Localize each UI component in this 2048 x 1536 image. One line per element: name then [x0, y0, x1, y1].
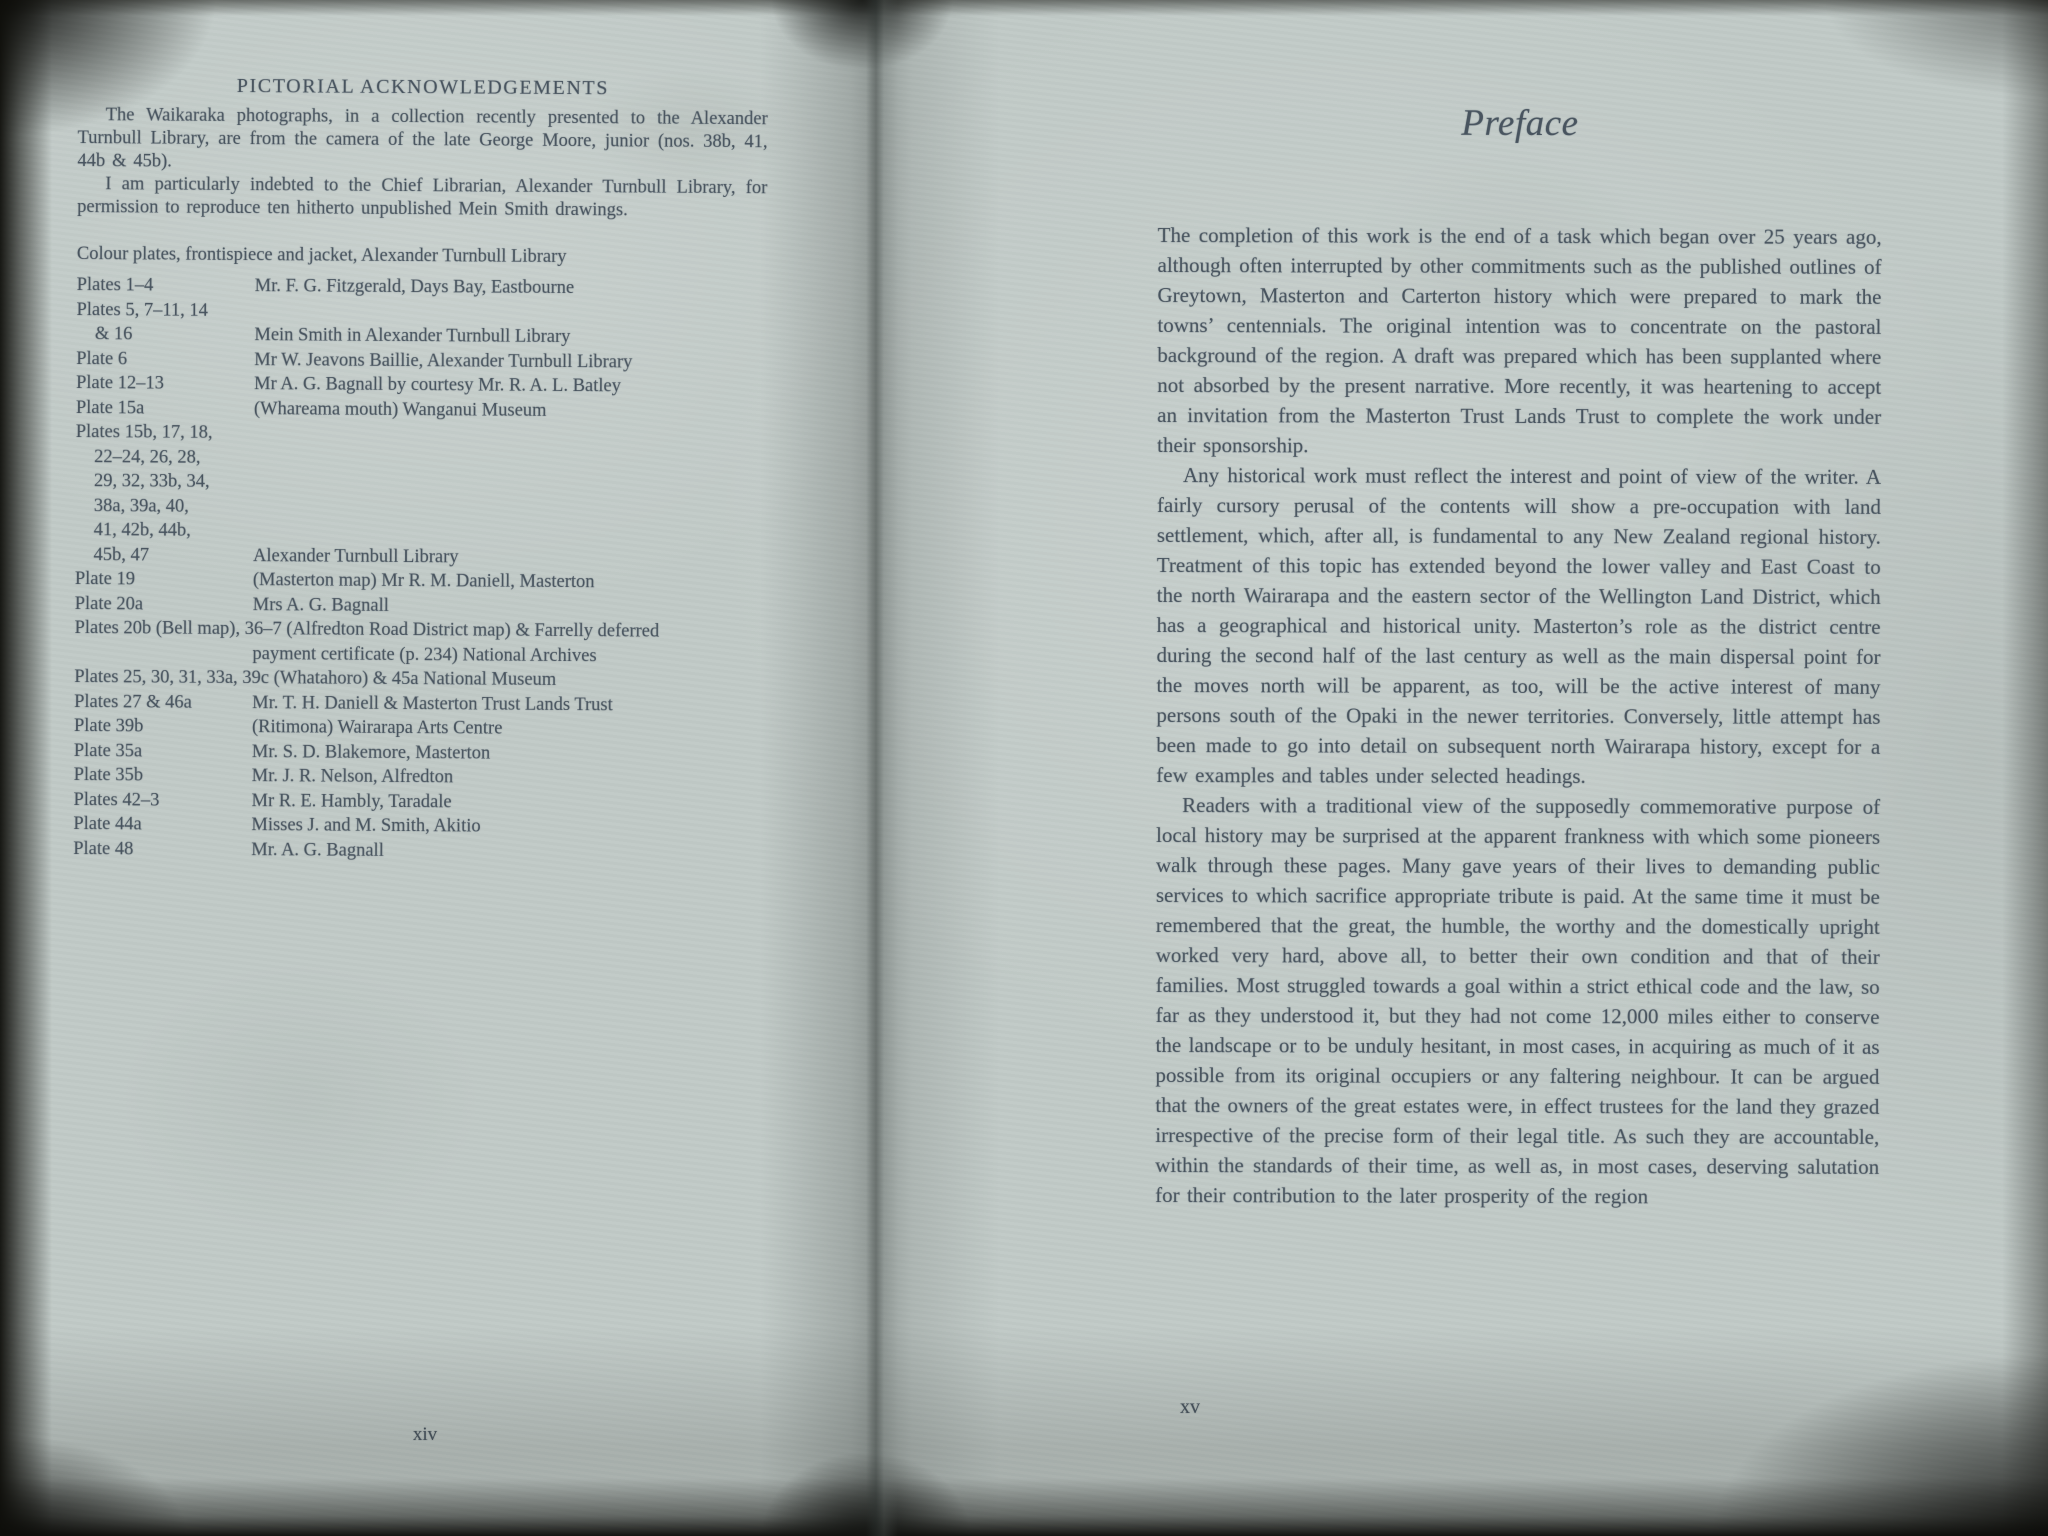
plate-numbers: Plates 5, 7–11, 14 & 16: [76, 297, 254, 347]
plate-credit: (Whareama mouth) Wanganui Museum: [254, 397, 766, 425]
plate-numbers: Plate 12–13: [76, 371, 254, 397]
preface-paragraph: Readers with a traditional view of the s…: [1155, 790, 1880, 1212]
plates-row: Plates 20b (Bell map), 36–7 (Alfredton R…: [74, 616, 764, 669]
plate-credit: Mr A. G. Bagnall by courtesy Mr. R. A. L…: [254, 372, 766, 400]
plates-row: Plates 15b, 17, 18, 22–24, 26, 28, 29, 3…: [75, 420, 766, 571]
plate-numbers: Plate 6: [76, 346, 254, 372]
plate-numbers: Plate 35b: [74, 763, 252, 789]
plates-credit-list: Plates 1–4 Mr. F. G. Fitzgerald, Days Ba…: [73, 273, 767, 865]
plate-credit: Misses J. and M. Smith, Akitio: [251, 813, 763, 841]
acknowledgements-paragraph: I am particularly indebted to the Chief …: [77, 173, 767, 223]
plate-credit: (Masterton map) Mr R. M. Daniell, Master…: [253, 568, 765, 596]
plate-numbers: Plates 42–3: [73, 787, 251, 813]
plates-row: Plates 5, 7–11, 14 & 16 Mein Smith in Al…: [76, 297, 766, 350]
plate-credit: Mr. S. D. Blakemore, Masterton: [252, 740, 764, 768]
plate-credit: Mein Smith in Alexander Turnbull Library: [254, 323, 766, 351]
page-number-left: xiv: [385, 1424, 465, 1446]
plate-numbers: Plates 20b (Bell map), 36–7 (Alfredton R…: [75, 616, 765, 645]
colour-plates-note: Colour plates, frontispiece and jacket, …: [77, 243, 767, 270]
plate-numbers: Plates 27 & 46a: [74, 689, 252, 715]
plate-credit: Mr W. Jeavons Baillie, Alexander Turnbul…: [254, 348, 766, 376]
book-spread-photo: PICTORIAL ACKNOWLEDGEMENTS The Waikaraka…: [0, 0, 2048, 1536]
plate-credit: (Ritimona) Wairarapa Arts Centre: [252, 715, 764, 743]
plate-numbers: Plate 39b: [74, 714, 252, 740]
preface-heading: Preface: [1158, 100, 1882, 148]
plate-credit: Mrs A. G. Bagnall: [253, 593, 765, 621]
plate-numbers: Plate 35a: [74, 738, 252, 764]
plate-credit: payment certificate (p. 234) National Ar…: [252, 642, 764, 670]
plate-numbers: Plate 19: [75, 567, 253, 593]
plate-credit: Mr R. E. Hambly, Taradale: [251, 789, 763, 817]
plate-numbers: Plate 44a: [73, 812, 251, 838]
page-number-right: xv: [1150, 1396, 1230, 1419]
plate-credit: Mr. F. G. Fitzgerald, Days Bay, Eastbour…: [255, 274, 767, 302]
plate-numbers: Plates 1–4: [77, 273, 255, 299]
preface-paragraph: Any historical work must reflect the int…: [1156, 460, 1881, 792]
preface-paragraph: The completion of this work is the end o…: [1157, 220, 1882, 462]
left-page: PICTORIAL ACKNOWLEDGEMENTS The Waikaraka…: [73, 72, 768, 865]
plate-credit: Mr. T. H. Daniell & Masterton Trust Land…: [252, 691, 764, 719]
acknowledgements-heading: PICTORIAL ACKNOWLEDGEMENTS: [78, 72, 768, 102]
plate-credit: Mr. A. G. Bagnall: [251, 838, 763, 866]
plates-row: Plate 48 Mr. A. G. Bagnall: [73, 836, 763, 865]
right-page: Preface The completion of this work is t…: [1155, 100, 1882, 1212]
plate-numbers: Plate 48: [73, 836, 251, 862]
acknowledgements-paragraph: The Waikaraka photographs, in a collecti…: [77, 104, 767, 177]
plate-numbers: Plates 15b, 17, 18, 22–24, 26, 28, 29, 3…: [75, 420, 254, 568]
plate-numbers: Plate 15a: [76, 395, 254, 421]
plate-numbers: Plate 20a: [75, 591, 253, 617]
plate-credit: Mr. J. R. Nelson, Alfredton: [252, 764, 764, 792]
plate-credit: Alexander Turnbull Library: [253, 544, 765, 572]
